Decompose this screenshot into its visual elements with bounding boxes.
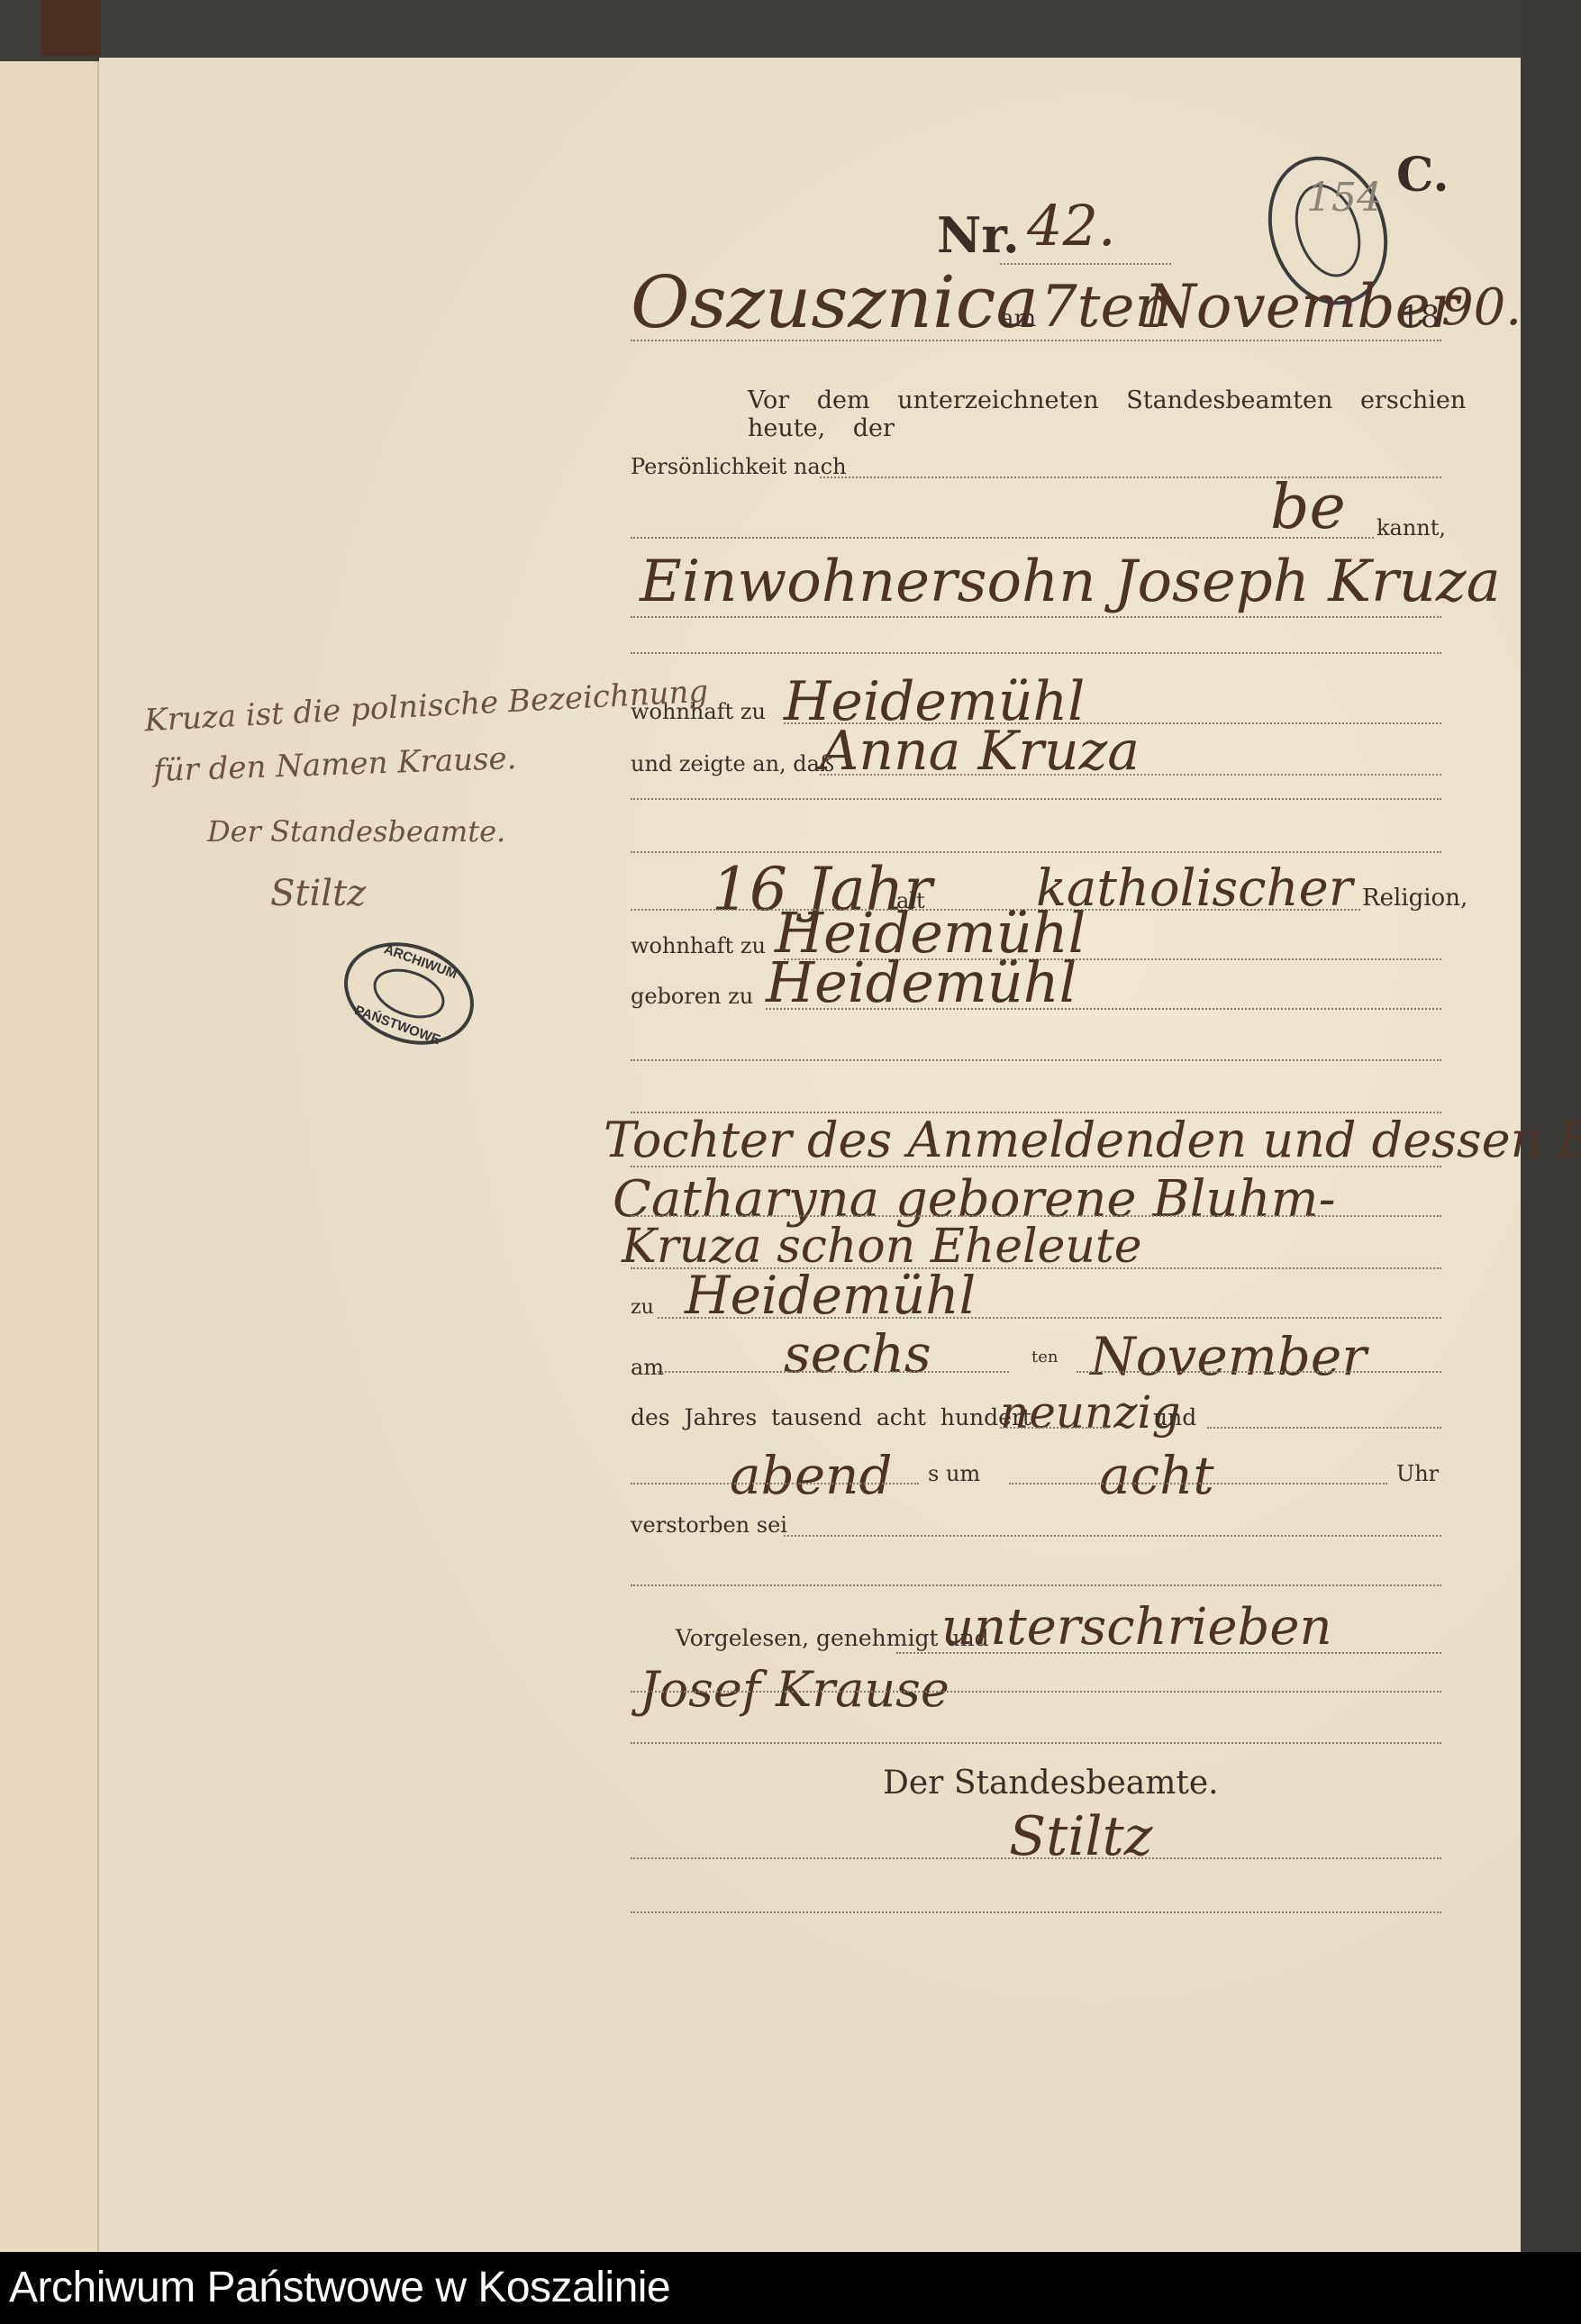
time-of-day: abend	[730, 1445, 893, 1506]
blank-line-2	[631, 851, 1441, 853]
death-day: sechs	[784, 1323, 931, 1384]
death-am-label: am	[631, 1355, 664, 1380]
parents-place-label: zu	[631, 1296, 654, 1319]
year-suffix: 90.	[1441, 278, 1522, 337]
registrar-title: Der Standesbeamte.	[883, 1765, 1219, 1802]
informant-line-2	[631, 652, 1441, 654]
identity-label: Persönlichkeit nach	[631, 454, 847, 479]
document-page: C. 154 Nr. 42. Oszusznica am 7ten Novemb…	[99, 58, 1521, 2259]
time-line	[631, 1483, 919, 1484]
identity-known-prefix: be	[1270, 472, 1346, 543]
date-line	[631, 340, 1441, 341]
und-label: und	[1153, 1404, 1196, 1430]
intro-text: Vor dem unterzeichneten Standesbeamten e…	[748, 386, 1521, 442]
identity-line	[820, 477, 1441, 478]
birthplace-label: geboren zu	[631, 984, 753, 1009]
year-line	[1000, 1427, 1108, 1429]
am-label: am	[1000, 305, 1036, 332]
hour-line	[1009, 1483, 1387, 1484]
death-ten-label: ten	[1031, 1348, 1058, 1366]
died-label: verstorben sei	[631, 1512, 787, 1538]
blank-line-5	[631, 1584, 1441, 1586]
year-prefix: 18	[1401, 299, 1440, 335]
identity-line-2	[631, 537, 1374, 539]
left-page-edge	[0, 61, 99, 2252]
book-cover-top	[0, 0, 1581, 61]
reported-label: und zeigte an, daß	[631, 751, 834, 776]
archive-stamp-margin: ARCHIWUM PAŃSTWOWE	[330, 925, 488, 1062]
approved-value: unterschrieben	[941, 1598, 1332, 1657]
parents-line-2-rule	[631, 1215, 1441, 1217]
blank-line-6	[631, 1742, 1441, 1744]
deceased-residence-label: wohnhaft zu	[631, 933, 766, 958]
blank-line-3	[631, 1059, 1441, 1061]
form-letter: C.	[1396, 148, 1449, 203]
religion-label: Religion,	[1362, 885, 1467, 912]
archive-page-number: 154	[1306, 175, 1382, 221]
deceased-line	[820, 774, 1441, 776]
death-month-line	[1077, 1371, 1441, 1373]
margin-note-line-3: Der Standesbeamte.	[207, 814, 505, 849]
death-month: November	[1090, 1326, 1367, 1387]
record-number: 42.	[1027, 193, 1116, 259]
signature-line	[631, 1691, 1441, 1693]
uhr-label: Uhr	[1396, 1461, 1439, 1486]
margin-note-line-1: Kruza ist die polnische Bezeichnung	[143, 674, 709, 740]
margin-note-line-2: für den Namen Krause.	[152, 740, 517, 789]
place-name: Oszusznica	[631, 260, 1039, 344]
footer-bar: Archiwum Państwowe w Koszalinie	[0, 2252, 1581, 2324]
blank-line-1	[631, 798, 1441, 800]
death-day-line	[658, 1371, 1009, 1373]
informant-line	[631, 616, 1441, 618]
birthplace: Heidemühl	[766, 949, 1077, 1015]
parents-line-1: Tochter des Anmeldenden und dessen Einwo…	[604, 1112, 1581, 1168]
book-spine-gap	[41, 0, 101, 56]
registrar-line	[631, 1857, 1441, 1859]
parents-line-1-rule	[631, 1166, 1441, 1167]
year-phrase: des Jahres tausend acht hundert	[631, 1404, 1031, 1430]
blank-line-7	[631, 1911, 1441, 1913]
informant-name: Einwohnersohn Joseph Kruza	[640, 549, 1501, 615]
nr-label: Nr.	[937, 206, 1020, 264]
margin-note-signature: Stiltz	[270, 873, 366, 914]
und-line	[1207, 1427, 1441, 1429]
parents-place-line	[658, 1317, 1441, 1319]
identity-known-suffix: kannt,	[1377, 515, 1446, 540]
hour-written: acht	[1099, 1445, 1214, 1506]
informant-signature: Josef Krause	[640, 1661, 950, 1718]
footer-institution: Archiwum Państwowe w Koszalinie	[9, 2263, 670, 2312]
birthplace-line	[766, 1008, 1441, 1010]
died-line	[784, 1535, 1441, 1537]
time-s-um: s um	[928, 1461, 980, 1486]
approved-line	[896, 1652, 1441, 1654]
